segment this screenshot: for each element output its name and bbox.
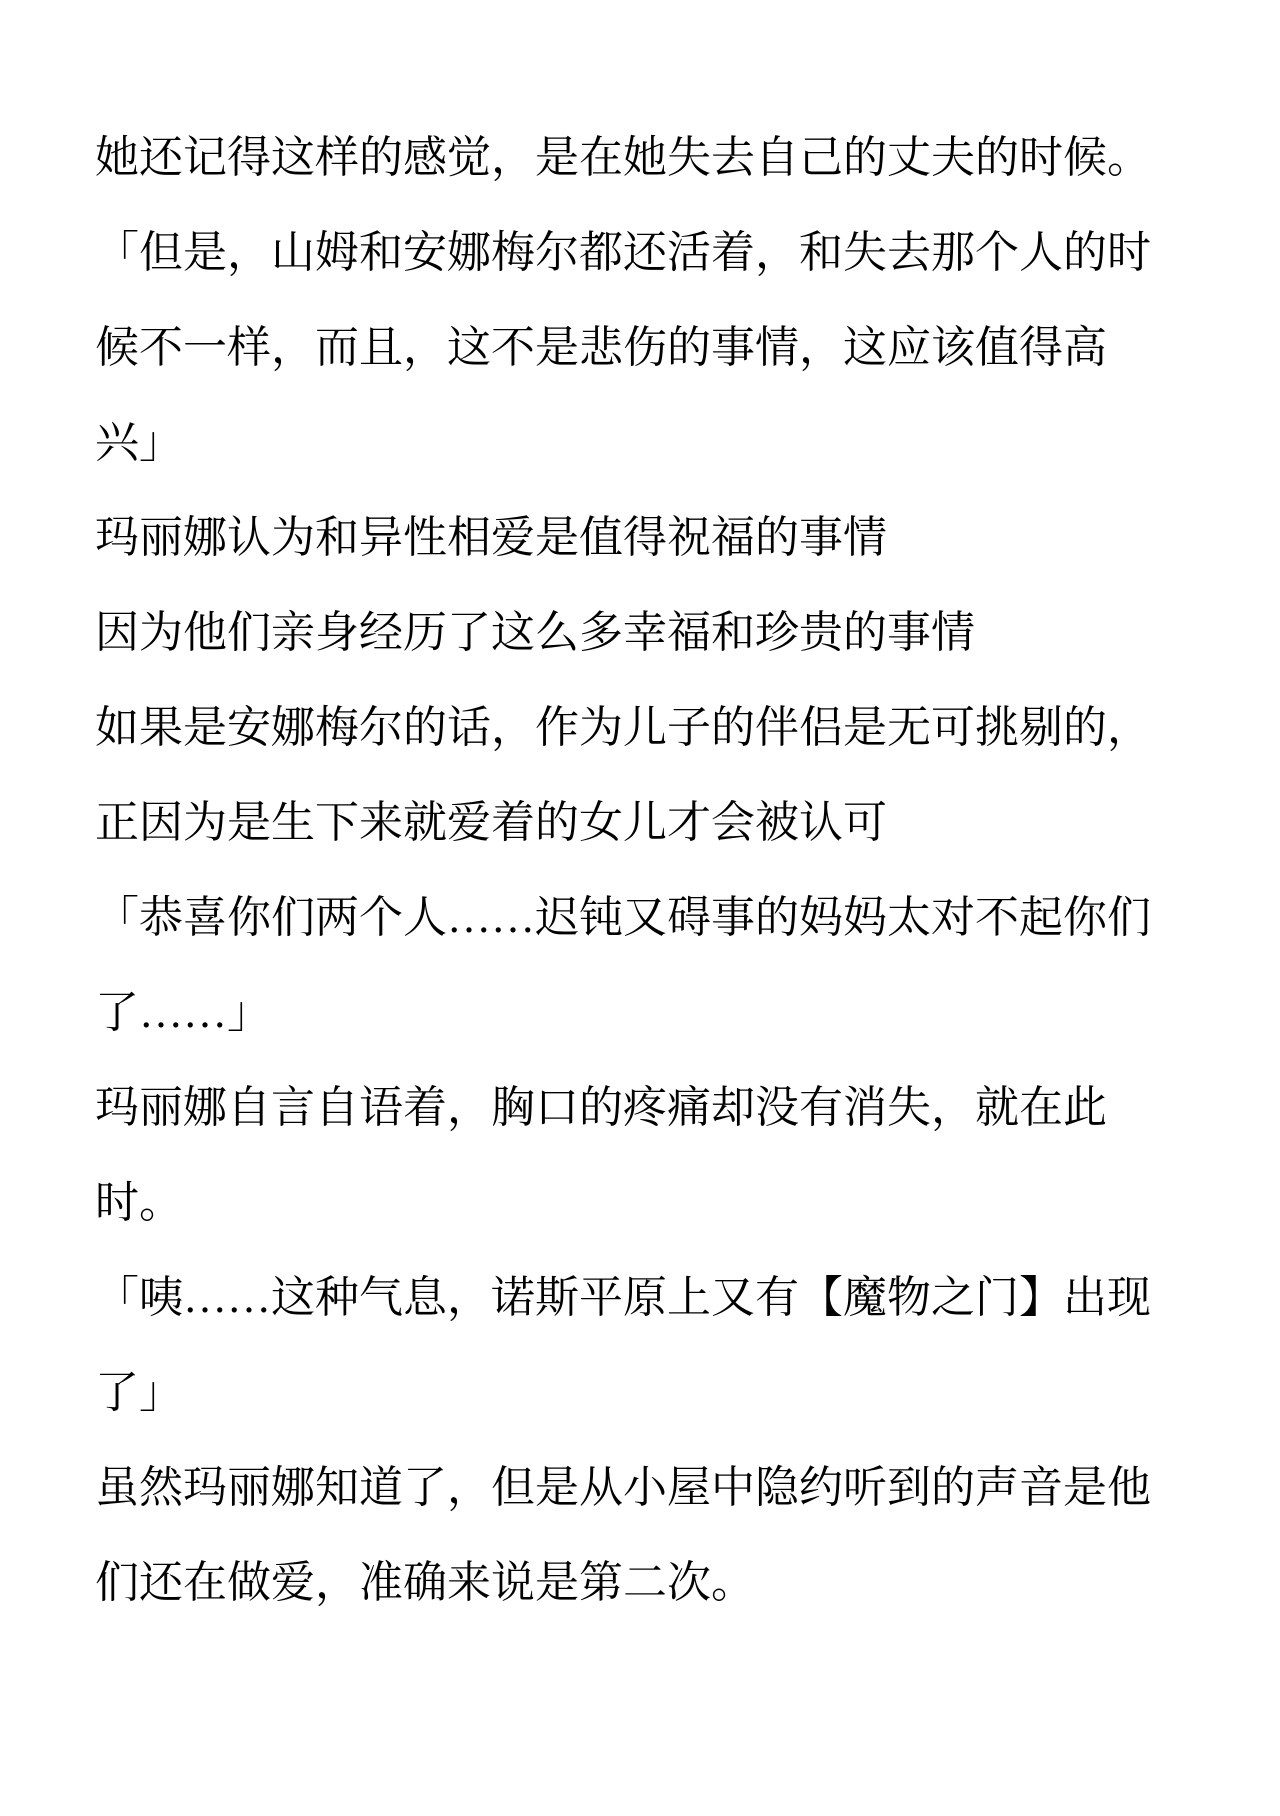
document-page: 她还记得这样的感觉，是在她失去自己的丈夫的时候。 「但是，山姆和安娜梅尔都还活着… — [0, 0, 1280, 1816]
text-line: 了……」 — [95, 965, 1192, 1060]
text-line: 玛丽娜自言自语着，胸口的疼痛却没有消失，就在此 — [95, 1060, 1192, 1155]
text-line: 候不一样，而且，这不是悲伤的事情，这应该值得高 — [95, 300, 1192, 395]
text-line: 了」 — [95, 1345, 1192, 1440]
text-line: 时。 — [95, 1155, 1192, 1250]
text-line: 虽然玛丽娜知道了，但是从小屋中隐约听到的声音是他 — [95, 1440, 1192, 1535]
text-line: 「咦……这种气息，诺斯平原上又有【魔物之门】出现 — [95, 1250, 1192, 1345]
text-line: 兴」 — [95, 395, 1192, 490]
text-line: 「但是，山姆和安娜梅尔都还活着，和失去那个人的时 — [95, 205, 1192, 300]
text-line: 们还在做爱，准确来说是第二次。 — [95, 1535, 1192, 1630]
text-line: 因为他们亲身经历了这么多幸福和珍贵的事情 — [95, 585, 1192, 680]
text-line: 玛丽娜认为和异性相爱是值得祝福的事情 — [95, 490, 1192, 585]
text-line: 正因为是生下来就爱着的女儿才会被认可 — [95, 775, 1192, 870]
text-line: 如果是安娜梅尔的话，作为儿子的伴侣是无可挑剔的， — [95, 680, 1192, 775]
text-line: 「恭喜你们两个人……迟钝又碍事的妈妈太对不起你们 — [95, 870, 1192, 965]
text-line: 她还记得这样的感觉，是在她失去自己的丈夫的时候。 — [95, 110, 1192, 205]
